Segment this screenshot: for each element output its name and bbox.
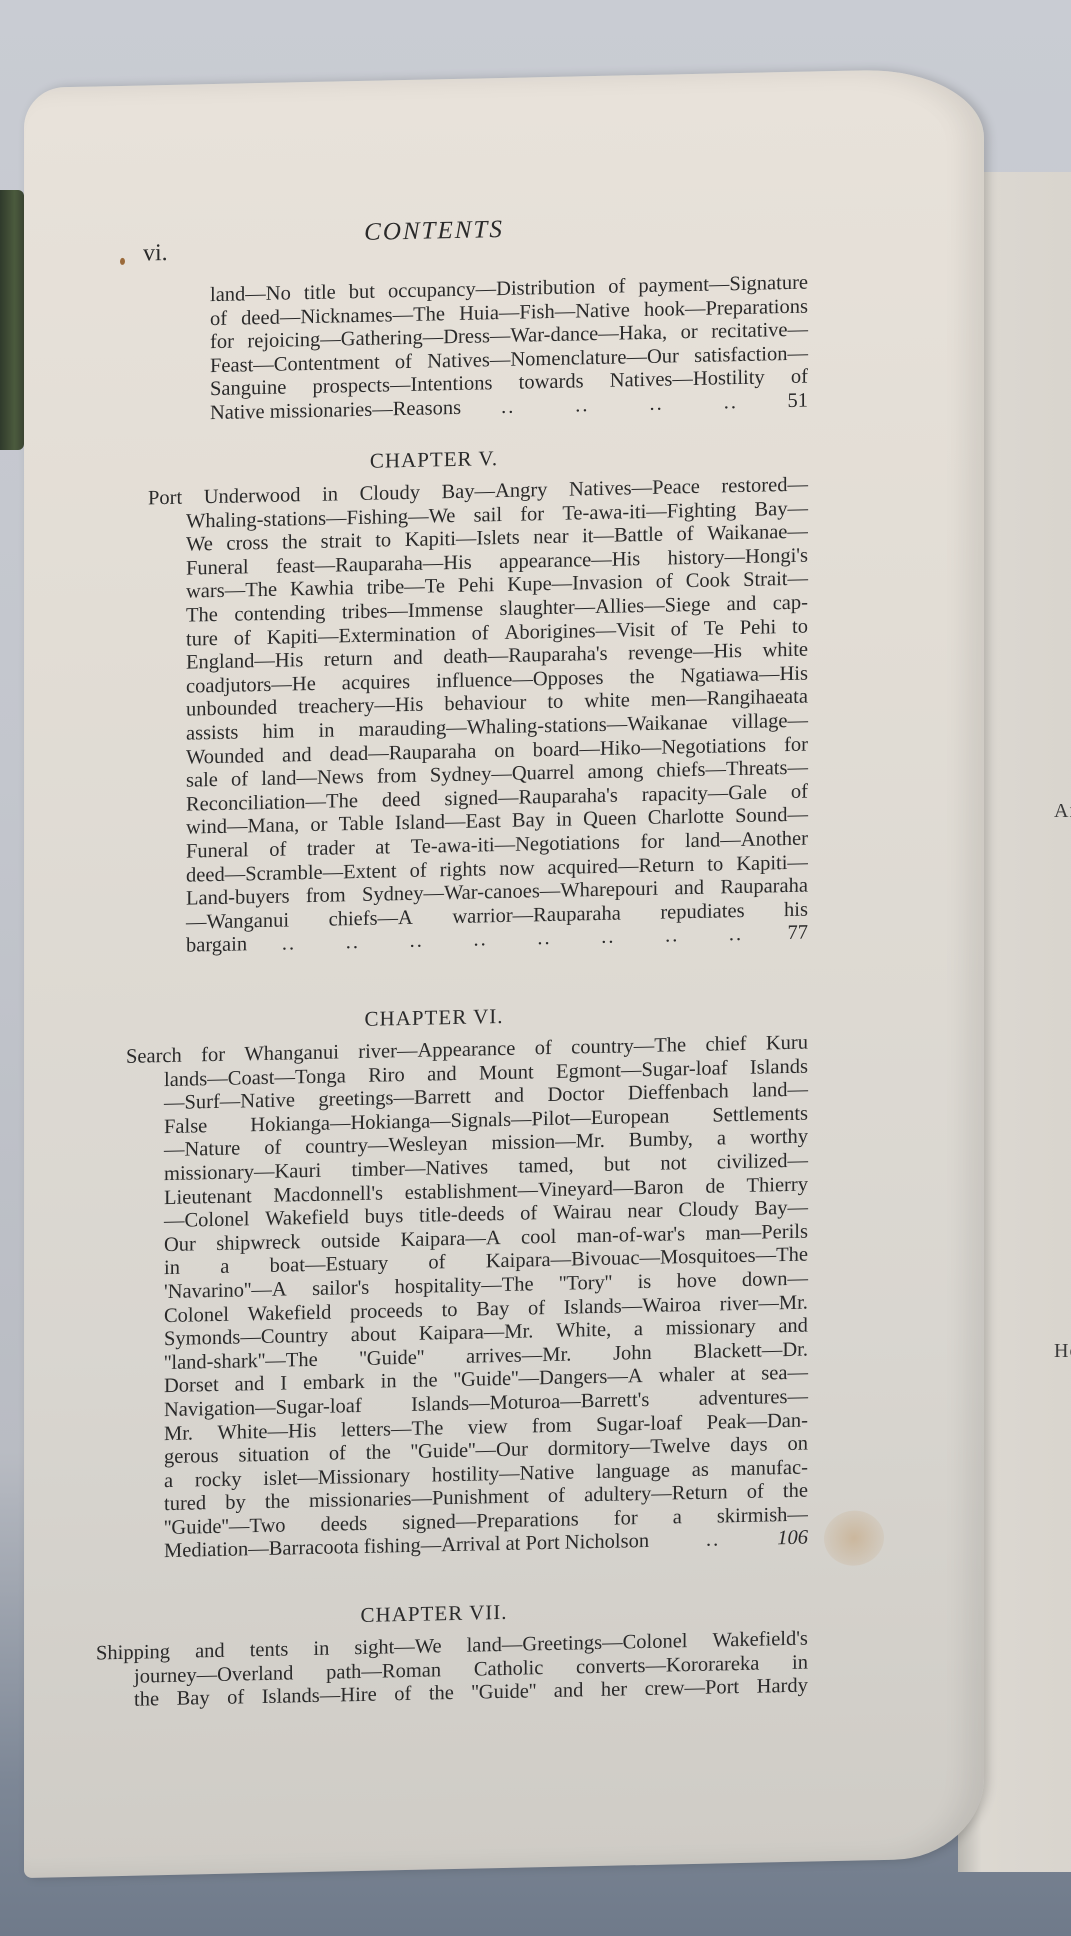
page-reference: 77: [778, 922, 808, 946]
page-reference: 106: [777, 1527, 808, 1551]
page-reference: 51: [778, 390, 808, 414]
contents-page: vi. CONTENTS land—Notitlebutoccupancy—Di…: [24, 68, 984, 1878]
foxing-stain: [824, 1510, 884, 1566]
chapter-entry: Shippingandtentsinsight—Weland—Greetings…: [134, 1628, 808, 1713]
dot-leaders: ..: [649, 1528, 777, 1554]
facing-page-fragment: Ho: [1054, 1340, 1071, 1363]
chapter-entry: PortUnderwoodinCloudyBay—AngryNatives—Pe…: [186, 474, 808, 959]
foxing-spot: [120, 258, 125, 265]
entry-line-text: Native missionaries—Reasons: [210, 397, 461, 426]
running-head: CONTENTS: [24, 209, 844, 254]
chapter-entry: SearchforWhanganuiriver—Appearanceofcoun…: [164, 1032, 808, 1565]
continuation-entry: land—Notitlebutoccupancy—Distributionofp…: [210, 272, 808, 426]
entry-line-text: bargain: [186, 934, 247, 959]
book-cover-edge: [0, 190, 24, 450]
facing-page-fragment: An: [1054, 800, 1071, 823]
